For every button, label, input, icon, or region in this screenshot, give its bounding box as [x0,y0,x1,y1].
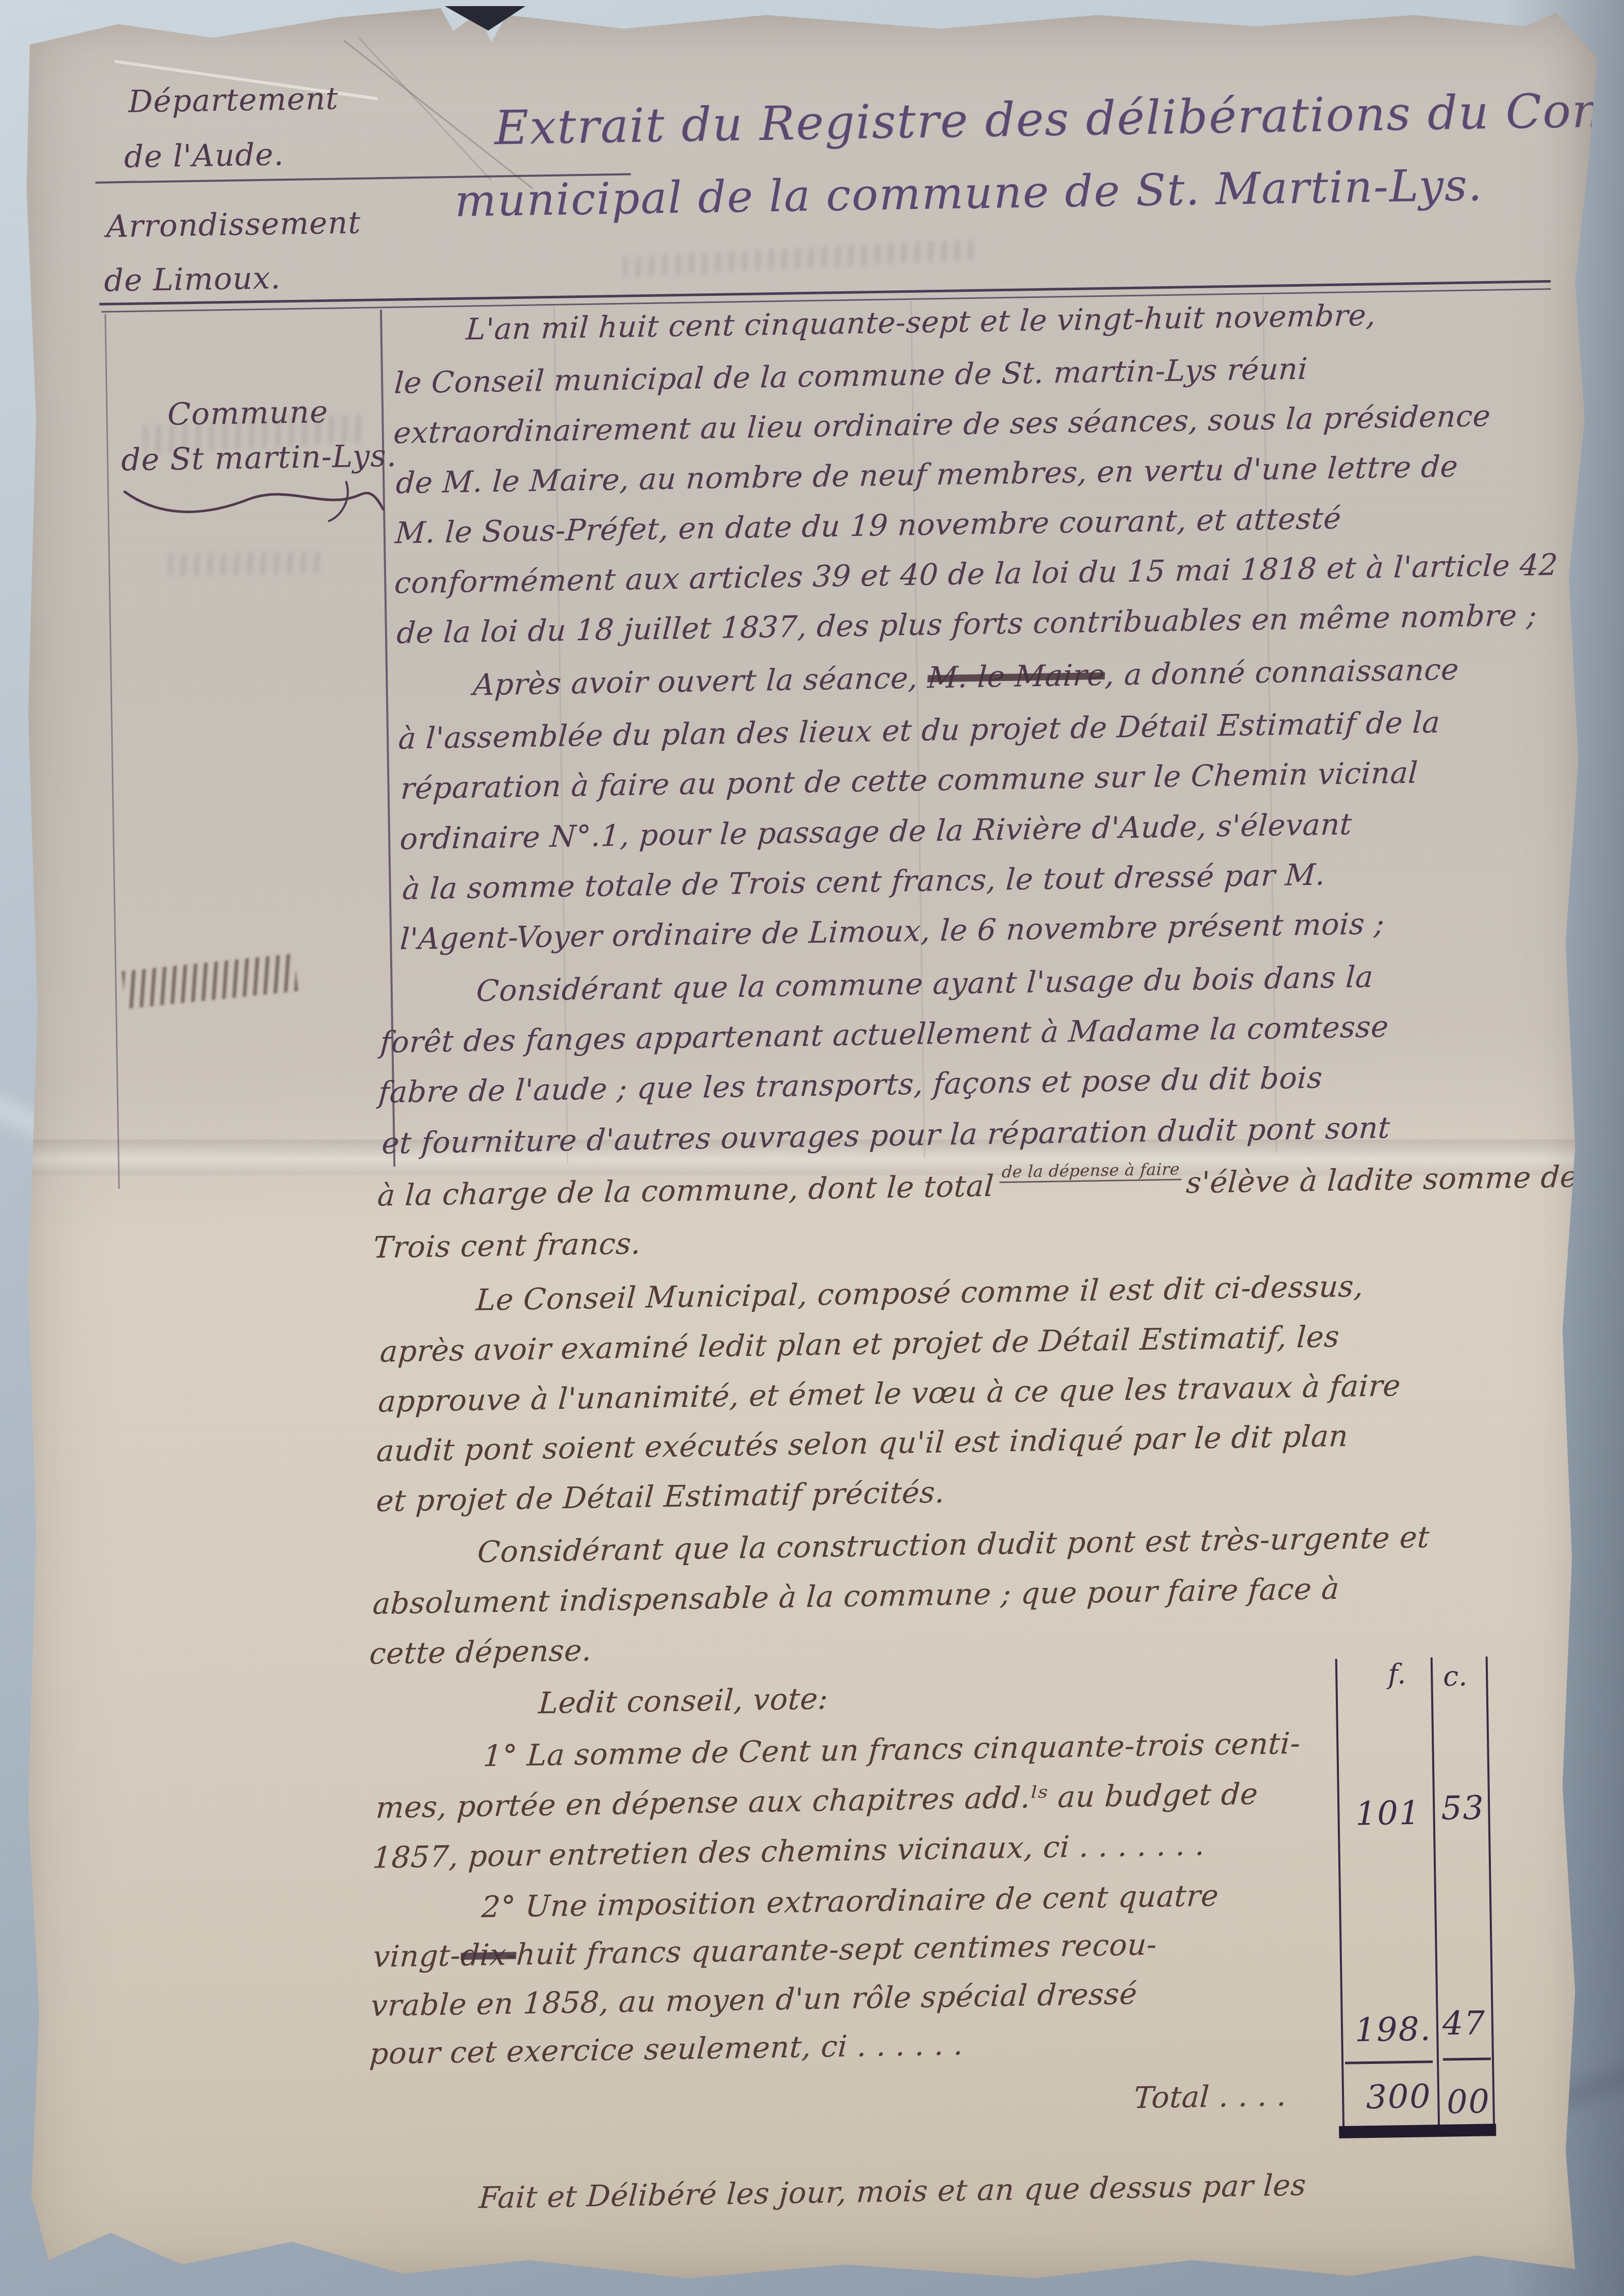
margin-divider-line [380,310,395,1167]
amount-row2-centimes: 47 [1442,2005,1486,2043]
body-line: Considérant que la construction dudit po… [476,1520,1430,1569]
body-line: 1° La somme de Cent un francs cinquante-… [483,1726,1302,1773]
body-line: Trois cent francs. [372,1226,642,1265]
body-line: conformément aux articles 39 et 40 de la… [393,547,1559,600]
body-line: le Conseil municipal de la commune de St… [393,351,1308,400]
amount-total-francs: 300 [1366,2078,1432,2116]
body-line: à la charge de la commune, dont le total… [376,1159,1579,1213]
table-column-line [1486,1656,1495,2131]
total-label: Total . . . . [1133,2078,1287,2115]
crease-highlight [115,60,378,100]
margin-flourish [121,476,387,526]
table-header-centimes: c. [1443,1660,1467,1693]
body-line: et fourniture d'autres ouvrages pour la … [381,1110,1391,1160]
vertical-fold-line [910,301,925,1158]
arrondissement-label-line1: Arrondissement [106,205,361,245]
struck-text: M. le Maire [927,658,1106,695]
struck-text: dix- [460,1937,517,1973]
document-title-line2: municipal de la commune de St. Martin-Ly… [454,160,1483,227]
body-line: L'an mil huit cent cinquante-sept et le … [465,297,1377,346]
body-line: de la loi du 18 juillet 1837, des plus f… [396,598,1538,650]
ink-bleed-mark [143,414,364,454]
total-rule [1345,2060,1433,2064]
crease-line [344,40,534,189]
body-line: ordinaire N°.1, pour le passage de la Ri… [399,806,1353,856]
body-line: extraordinairement au lieu ordinaire de … [393,398,1491,450]
table-bottom-rule [1339,2124,1496,2138]
amount-row1-francs: 101 [1355,1794,1421,1833]
departement-label-line1: Département [128,81,339,119]
table-header-francs: f. [1388,1658,1406,1691]
body-line: fabre de l'aude ; que les transports, fa… [377,1060,1323,1109]
body-line: forêt des fanges appartenant actuellemen… [379,1009,1390,1059]
document-title-line1: Extrait du Registre des délibérations du… [494,82,1624,156]
line-segment: Après avoir ouvert la séance, [472,660,929,702]
body-line: après avoir examiné ledit plan et projet… [379,1319,1340,1369]
body-line: à l'assemblée du plan des lieux et du pr… [397,705,1441,756]
amount-total-centimes: 00 [1447,2083,1491,2121]
ink-bleed-mark [168,551,322,576]
line-segment: à la charge de la commune, dont le total [376,1168,995,1213]
body-line: Ledit conseil, vote: [538,1681,829,1721]
body-line: absolument indispensable à la commune ; … [372,1571,1340,1621]
interline-insertion: de la dépense à faire [999,1159,1182,1183]
body-line: vrable en 1858, au moyen d'un rôle spéci… [370,1976,1138,2023]
body-line: 2° Une imposition extraordinaire de cent… [480,1878,1220,1925]
body-line: Le Conseil Municipal, composé comme il e… [475,1269,1364,1317]
header-double-rule-top [99,280,1551,306]
line-segment: vingt- [372,1938,462,1974]
body-line: vingt-dix-huit francs quarante-sept cent… [372,1927,1158,1974]
crease-line [359,38,492,181]
total-rule [1443,2057,1491,2060]
body-line: réparation à faire au pont de cette comm… [400,755,1419,805]
line-segment: huit francs quarante-sept centimes recou… [515,1927,1158,1972]
body-line: de M. le Maire, au nombre de neuf membre… [395,449,1459,500]
line-segment: , a donné connaissance [1104,652,1460,692]
table-column-line [1431,1657,1440,2132]
body-line: et projet de Détail Estimatif précités. [375,1475,946,1519]
ink-bleed-mark [122,953,298,1009]
margin-commune-line2: de St martin-Lys. [121,438,397,478]
body-line: approuve à l'unanimité, et émet le vœu à… [377,1368,1402,1419]
body-line: Considérant que la commune ayant l'usage… [475,960,1374,1008]
horizontal-fold-crease [23,1140,1604,1175]
departement-label-line2: de l'Aude. [124,137,285,175]
table-column-line [1335,1659,1345,2133]
document-sheet: Département de l'Aude. Arrondissement de… [23,8,1604,2287]
header-double-rule-bottom [102,288,1551,313]
body-line: M. le Sous-Préfet, en date du 19 novembr… [394,501,1342,550]
body-line: l'Agent-Voyer ordinaire de Limoux, le 6 … [399,906,1385,956]
ink-bleed-mark [623,239,980,277]
body-line: mes, portée en dépense aux chapitres add… [375,1776,1259,1825]
amount-row2-francs: 198. [1355,2010,1432,2049]
body-line: 1857, pour entretien des chemins vicinau… [372,1827,1206,1875]
amount-row1-centimes: 53 [1441,1789,1485,1828]
header-separator-line [95,173,631,183]
line-segment: s'élève à ladite somme de [1185,1159,1579,1200]
vertical-fold-line [553,307,568,1164]
photographed-document: Département de l'Aude. Arrondissement de… [0,0,1624,2296]
margin-commune-line1: Commune [167,394,329,433]
body-line: cette dépense. [368,1633,593,1671]
body-line: à la somme totale de Trois cent francs, … [401,857,1326,906]
body-line: Après avoir ouvert la séance, M. le Mair… [472,652,1460,702]
body-line: audit pont soient exécutés selon qu'il e… [375,1419,1349,1469]
closing-line: Fait et Délibéré les jour, mois et an qu… [478,2167,1307,2215]
body-line: pour cet exercice seulement, ci . . . . … [369,2027,965,2071]
vertical-fold-line [1262,296,1277,1153]
left-frame-line [105,314,120,1189]
arrondissement-label-line2: de Limoux. [104,260,281,298]
sheet-content: Département de l'Aude. Arrondissement de… [7,0,1623,2296]
